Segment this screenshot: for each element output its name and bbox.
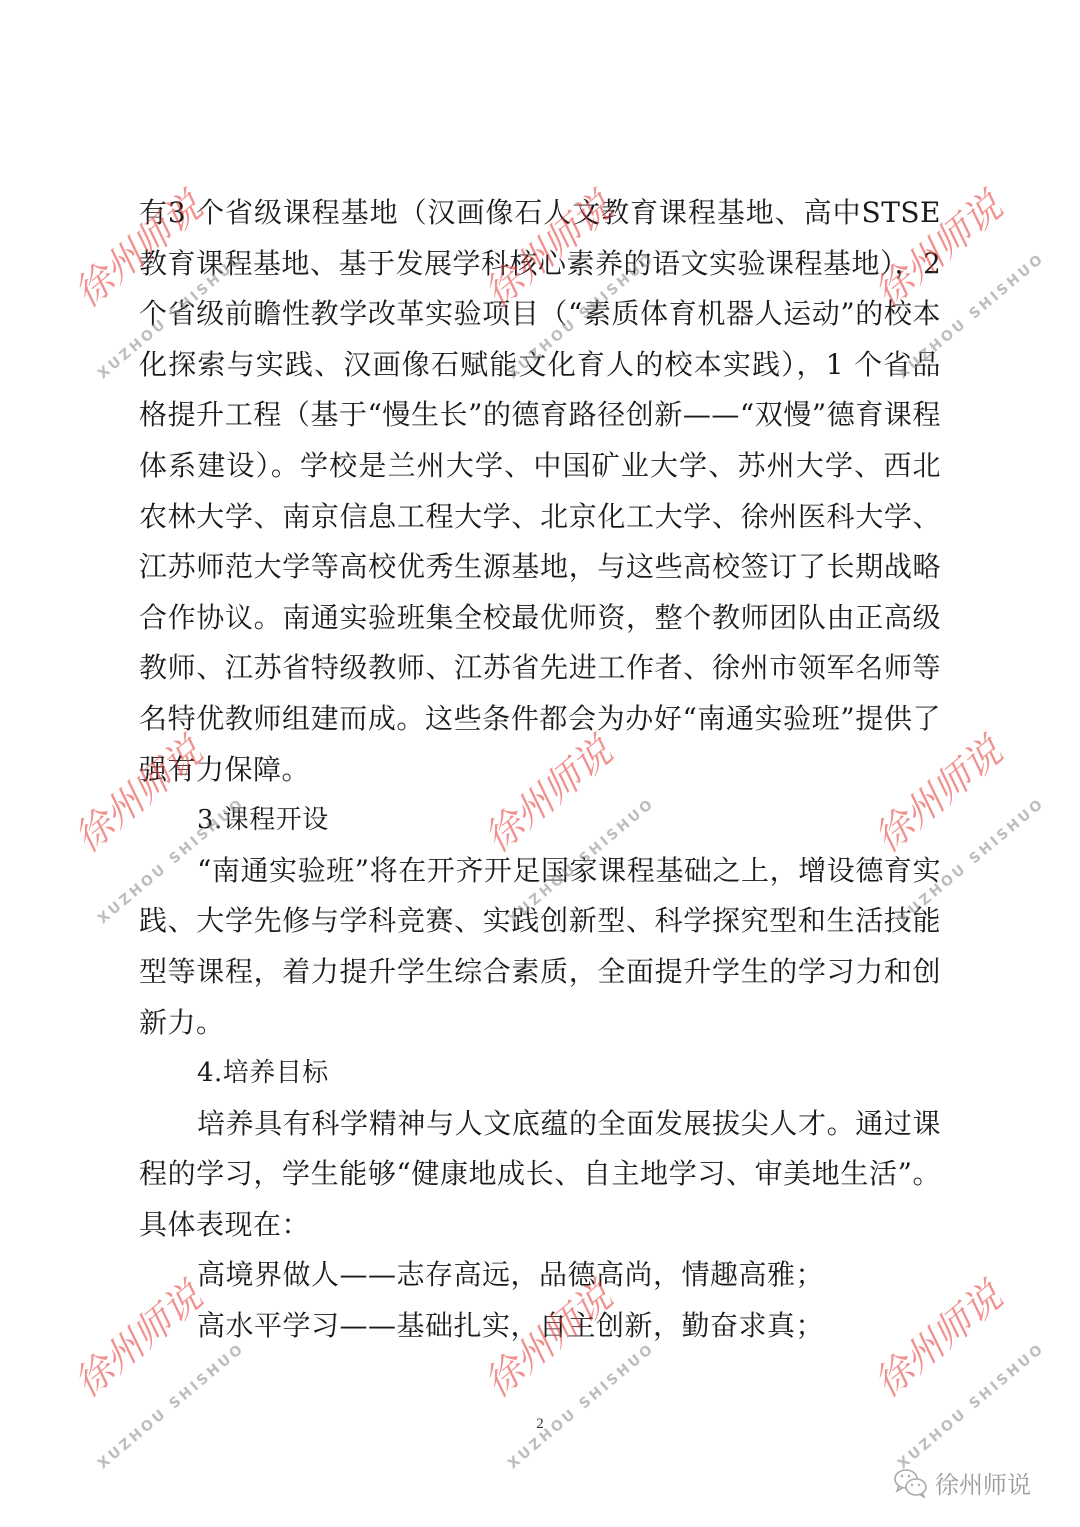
- text-line: 高境界做人——志存高远，品德高尚，情趣高雅；: [139, 1250, 941, 1301]
- watermark-en: XUZHOU SHISHUO: [95, 1340, 248, 1472]
- text-line: 型等课程，着力提升学生综合素质，全面提升学生的学习力和创: [139, 947, 941, 998]
- page-number: 2: [532, 1416, 548, 1433]
- watermark-en: XUZHOU SHISHUO: [895, 1340, 1048, 1472]
- text-line: 教育课程基地、基于发展学科核心素养的语文实验课程基地），2: [139, 239, 941, 290]
- text-line: 化探索与实践、汉画像石赋能文化育人的校本实践），1 个省品: [139, 340, 941, 391]
- text-line: 格提升工程（基于“慢生长”的德育路径创新——“双慢”德育课程: [139, 390, 941, 441]
- document-body: 有3 个省级课程基地（汉画像石人文教育课程基地、高中STSE 教育课程基地、基于…: [139, 188, 941, 1352]
- text-line: 江苏师范大学等高校优秀生源基地，与这些高校签订了长期战略: [139, 542, 941, 593]
- section-heading: 3.课程开设: [139, 795, 941, 846]
- text-line: 有3 个省级课程基地（汉画像石人文教育课程基地、高中STSE: [139, 188, 941, 239]
- section-heading: 4.培养目标: [139, 1048, 941, 1099]
- text-line: 培养具有科学精神与人文底蕴的全面发展拔尖人才。通过课: [139, 1099, 941, 1150]
- wechat-icon: [893, 1468, 929, 1498]
- document-page: 有3 个省级课程基地（汉画像石人文教育课程基地、高中STSE 教育课程基地、基于…: [0, 0, 1080, 1527]
- text-line: 合作协议。南通实验班集全校最优师资，整个教师团队由正高级: [139, 593, 941, 644]
- text-line: 践、大学先修与学科竞赛、实践创新型、科学探究型和生活技能: [139, 896, 941, 947]
- text-line: 个省级前瞻性教学改革实验项目（“素质体育机器人运动”的校本: [139, 289, 941, 340]
- text-line: “南通实验班”将在开齐开足国家课程基础之上，增设德育实: [139, 846, 941, 897]
- text-line: 强有力保障。: [139, 745, 941, 796]
- text-line: 教师、江苏省特级教师、江苏省先进工作者、徐州市领军名师等: [139, 643, 941, 694]
- brand-attribution: 徐州师说: [893, 1465, 1031, 1500]
- text-line: 农林大学、南京信息工程大学、北京化工大学、徐州医科大学、: [139, 492, 941, 543]
- brand-name: 徐州师说: [935, 1465, 1031, 1500]
- text-line: 体系建设）。学校是兰州大学、中国矿业大学、苏州大学、西北: [139, 441, 941, 492]
- text-line: 名特优教师组建而成。这些条件都会为办好“南通实验班”提供了: [139, 694, 941, 745]
- text-line: 具体表现在：: [139, 1200, 941, 1251]
- text-line: 新力。: [139, 998, 941, 1049]
- text-line: 程的学习，学生能够“健康地成长、自主地学习、审美地生活”。: [139, 1149, 941, 1200]
- text-line: 高水平学习——基础扎实，自主创新，勤奋求真；: [139, 1301, 941, 1352]
- watermark-en: XUZHOU SHISHUO: [505, 1340, 658, 1472]
